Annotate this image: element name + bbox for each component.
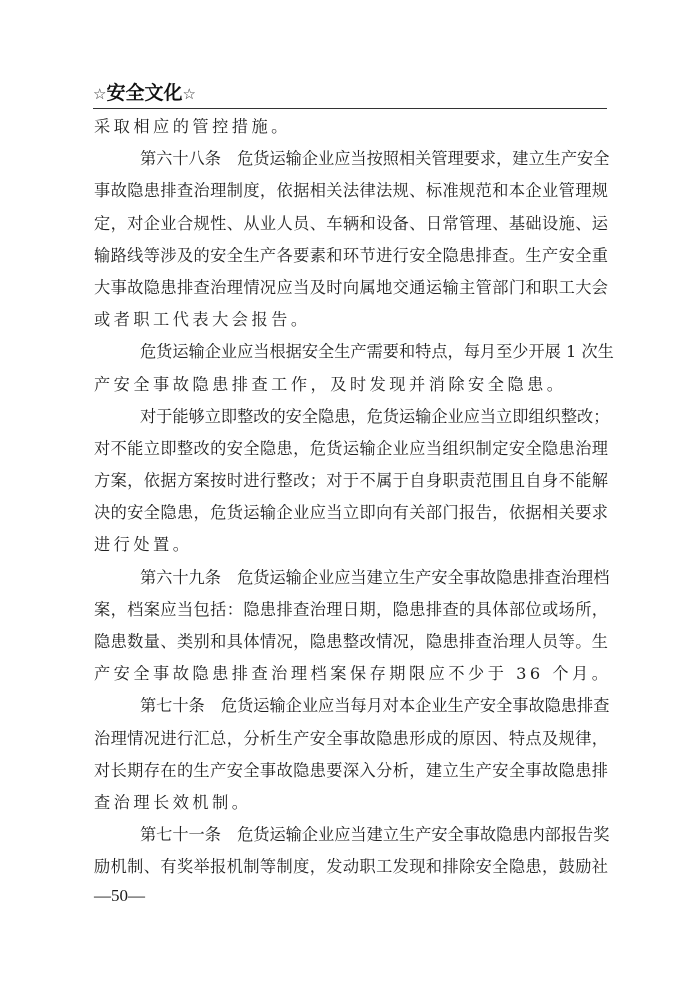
- text-line: 方案，依据方案按时进行整改；对于不属于自身职责范围且自身不能解: [94, 465, 608, 497]
- text-line: 第六十九条 危货运输企业应当建立生产安全事故隐患排查治理档: [94, 562, 608, 594]
- section-title-text: 安全文化: [106, 82, 182, 104]
- text-line: 案，档案应当包括：隐患排查治理日期，隐患排查的具体部位或场所，: [94, 594, 608, 626]
- text-line: 第七十一条 危货运输企业应当建立生产安全事故隐患内部报告奖: [94, 819, 608, 851]
- page-body: 采取相应的管控措施。第六十八条 危货运输企业应当按照相关管理要求，建立生产安全事…: [94, 111, 608, 884]
- text-line: 危货运输企业应当根据安全生产需要和特点，每月至少开展 1 次生: [94, 336, 608, 368]
- text-line: 采取相应的管控措施。: [94, 111, 608, 143]
- section-title: ☆安全文化☆: [93, 80, 196, 107]
- text-line: 决的安全隐患，危货运输企业应当立即向有关部门报告，依据相关要求: [94, 497, 608, 529]
- text-line: 定，对企业合规性、从业人员、车辆和设备、日常管理、基础设施、运: [94, 208, 608, 240]
- text-line: 治理情况进行汇总，分析生产安全事故隐患形成的原因、特点及规律，: [94, 723, 608, 755]
- text-line: 励机制、有奖举报机制等制度，发动职工发现和排除安全隐患，鼓励社: [94, 851, 608, 883]
- text-line: 对长期存在的生产安全事故隐患要深入分析，建立生产安全事故隐患排: [94, 755, 608, 787]
- text-line: 进行处置。: [94, 529, 608, 561]
- running-header: ☆安全文化☆: [93, 80, 607, 110]
- text-line: 事故隐患排查治理制度，依据相关法律法规、标准规范和本企业管理规: [94, 175, 608, 207]
- text-line: 第七十条 危货运输企业应当每月对本企业生产安全事故隐患排查: [94, 690, 608, 722]
- text-line: 隐患数量、类别和具体情况，隐患整改情况，隐患排查治理人员等。生: [94, 626, 608, 658]
- header-divider: [93, 108, 607, 109]
- text-line: 第六十八条 危货运输企业应当按照相关管理要求，建立生产安全: [94, 143, 608, 175]
- star-icon: ☆: [182, 85, 195, 103]
- text-line: 对不能立即整改的安全隐患，危货运输企业应当组织制定安全隐患治理: [94, 433, 608, 465]
- text-line: 对于能够立即整改的安全隐患，危货运输企业应当立即组织整改；: [94, 401, 608, 433]
- text-line: 或者职工代表大会报告。: [94, 304, 608, 336]
- text-line: 产安全事故隐患排查工作，及时发现并消除安全隐患。: [94, 369, 608, 401]
- star-icon: ☆: [93, 85, 106, 103]
- page-number: —50—: [94, 884, 145, 908]
- text-line: 产安全事故隐患排查治理档案保存期限应不少于 36 个月。: [94, 658, 608, 690]
- text-line: 查治理长效机制。: [94, 787, 608, 819]
- text-line: 输路线等涉及的安全生产各要素和环节进行安全隐患排查。生产安全重: [94, 240, 608, 272]
- text-line: 大事故隐患排查治理情况应当及时向属地交通运输主管部门和职工大会: [94, 272, 608, 304]
